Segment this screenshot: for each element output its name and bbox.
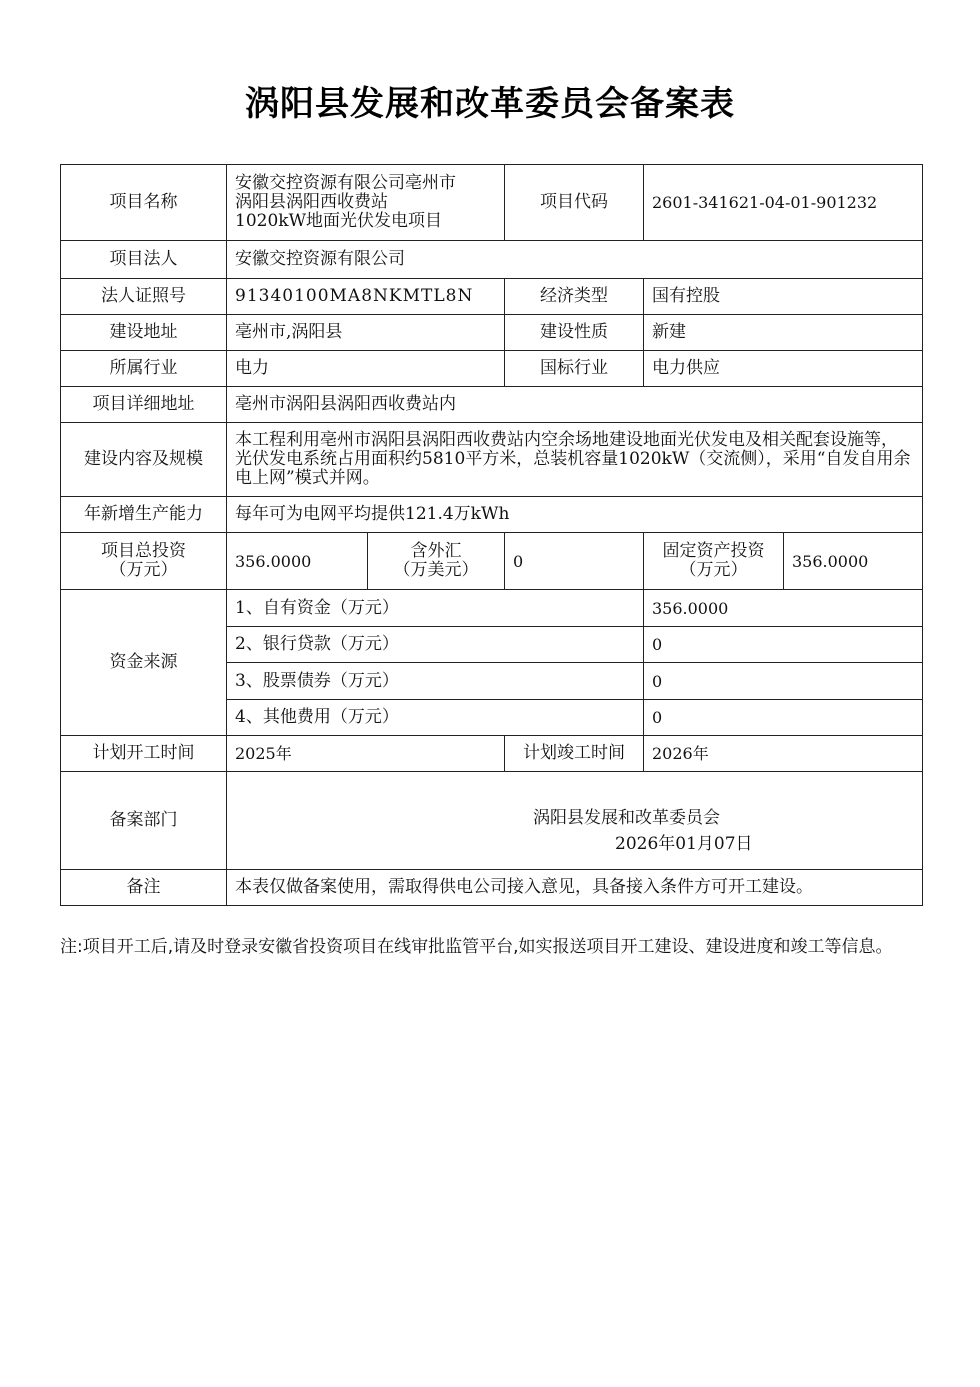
total-investment-label-line2: （万元）	[69, 561, 218, 580]
total-investment-value: 356.0000	[227, 533, 368, 590]
row-scope: 建设内容及规模 本工程利用亳州市涡阳县涡阳西收费站内空余场地建设地面光伏发电及相…	[61, 423, 923, 497]
fixed-assets-label-line1: 固定资产投资	[652, 542, 775, 561]
project-code-label: 项目代码	[505, 165, 644, 241]
planned-completion-label: 计划竣工时间	[505, 736, 644, 772]
construction-nature-label: 建设性质	[505, 315, 644, 351]
national-industry-value: 电力供应	[644, 351, 923, 387]
fixed-assets-label-line2: （万元）	[652, 561, 775, 580]
fixed-assets-value: 356.0000	[784, 533, 923, 590]
filing-form-table: 项目名称 安徽交控资源有限公司亳州市 涡阳县涡阳西收费站 1020kW地面光伏发…	[60, 164, 923, 906]
row-site: 建设地址 亳州市,涡阳县 建设性质 新建	[61, 315, 923, 351]
construction-nature-value: 新建	[644, 315, 923, 351]
economic-type-label: 经济类型	[505, 279, 644, 315]
funding-item-value: 0	[644, 700, 923, 736]
document-title: 涡阳县发展和改革委员会备案表	[0, 76, 980, 125]
license-no-value: 91340100MA8NKMTL8N	[227, 279, 505, 315]
funding-item-label: 1、自有资金（万元）	[227, 590, 644, 627]
filing-dept-org: 涡阳县发展和改革委员会	[235, 804, 914, 832]
economic-type-value: 国有控股	[644, 279, 923, 315]
total-investment-label-line1: 项目总投资	[69, 542, 218, 561]
funding-item-label: 3、股票债券（万元）	[227, 663, 644, 700]
foreign-exchange-value: 0	[505, 533, 644, 590]
industry-value: 电力	[227, 351, 505, 387]
row-legal-entity: 项目法人 安徽交控资源有限公司	[61, 241, 923, 279]
legal-entity-value: 安徽交控资源有限公司	[227, 241, 923, 279]
row-industry: 所属行业 电力 国标行业 电力供应	[61, 351, 923, 387]
foreign-exchange-label-line2: （万美元）	[376, 561, 496, 580]
foreign-exchange-label-line1: 含外汇	[376, 542, 496, 561]
filing-dept-label: 备案部门	[61, 772, 227, 870]
detailed-address-label: 项目详细地址	[61, 387, 227, 423]
footnote: 注:项目开工后,请及时登录安徽省投资项目在线审批监管平台,如实报送项目开工建设、…	[60, 932, 920, 963]
filing-dept-date: 2026年01月07日	[235, 832, 914, 856]
detailed-address-value: 亳州市涡阳县涡阳西收费站内	[227, 387, 923, 423]
funding-item-label: 2、银行贷款（万元）	[227, 627, 644, 663]
row-project-name: 项目名称 安徽交控资源有限公司亳州市 涡阳县涡阳西收费站 1020kW地面光伏发…	[61, 165, 923, 241]
row-filing-dept: 备案部门 涡阳县发展和改革委员会 2026年01月07日	[61, 772, 923, 870]
national-industry-label: 国标行业	[505, 351, 644, 387]
funding-item-value: 0	[644, 627, 923, 663]
scope-value: 本工程利用亳州市涡阳县涡阳西收费站内空余场地建设地面光伏发电及相关配套设施等，光…	[227, 423, 923, 497]
legal-entity-label: 项目法人	[61, 241, 227, 279]
scope-label: 建设内容及规模	[61, 423, 227, 497]
funding-item-label: 4、其他费用（万元）	[227, 700, 644, 736]
funding-item-value: 0	[644, 663, 923, 700]
filing-dept-value: 涡阳县发展和改革委员会 2026年01月07日	[227, 772, 923, 870]
planned-completion-value: 2026年	[644, 736, 923, 772]
row-license: 法人证照号 91340100MA8NKMTL8N 经济类型 国有控股	[61, 279, 923, 315]
remarks-value: 本表仅做备案使用，需取得供电公司接入意见，具备接入条件方可开工建设。	[227, 870, 923, 906]
funding-item-value: 356.0000	[644, 590, 923, 627]
planned-start-value: 2025年	[227, 736, 505, 772]
project-code-value: 2601-341621-04-01-901232	[644, 165, 923, 241]
site-value: 亳州市,涡阳县	[227, 315, 505, 351]
row-remarks: 备注 本表仅做备案使用，需取得供电公司接入意见，具备接入条件方可开工建设。	[61, 870, 923, 906]
total-investment-label: 项目总投资 （万元）	[61, 533, 227, 590]
row-capacity: 年新增生产能力 每年可为电网平均提供121.4万kWh	[61, 497, 923, 533]
project-name-value: 安徽交控资源有限公司亳州市 涡阳县涡阳西收费站 1020kW地面光伏发电项目	[227, 165, 505, 241]
project-name-line-1: 安徽交控资源有限公司亳州市	[235, 174, 496, 193]
project-name-line-3: 1020kW地面光伏发电项目	[235, 212, 496, 231]
site-label: 建设地址	[61, 315, 227, 351]
capacity-label: 年新增生产能力	[61, 497, 227, 533]
industry-label: 所属行业	[61, 351, 227, 387]
row-investment: 项目总投资 （万元） 356.0000 含外汇 （万美元） 0 固定资产投资 （…	[61, 533, 923, 590]
license-no-label: 法人证照号	[61, 279, 227, 315]
row-detailed-address: 项目详细地址 亳州市涡阳县涡阳西收费站内	[61, 387, 923, 423]
foreign-exchange-label: 含外汇 （万美元）	[368, 533, 505, 590]
row-schedule: 计划开工时间 2025年 计划竣工时间 2026年	[61, 736, 923, 772]
fixed-assets-label: 固定资产投资 （万元）	[644, 533, 784, 590]
project-name-line-2: 涡阳县涡阳西收费站	[235, 193, 496, 212]
planned-start-label: 计划开工时间	[61, 736, 227, 772]
funding-label: 资金来源	[61, 590, 227, 736]
project-name-label: 项目名称	[61, 165, 227, 241]
capacity-value: 每年可为电网平均提供121.4万kWh	[227, 497, 923, 533]
row-funding-1: 资金来源 1、自有资金（万元） 356.0000	[61, 590, 923, 627]
remarks-label: 备注	[61, 870, 227, 906]
